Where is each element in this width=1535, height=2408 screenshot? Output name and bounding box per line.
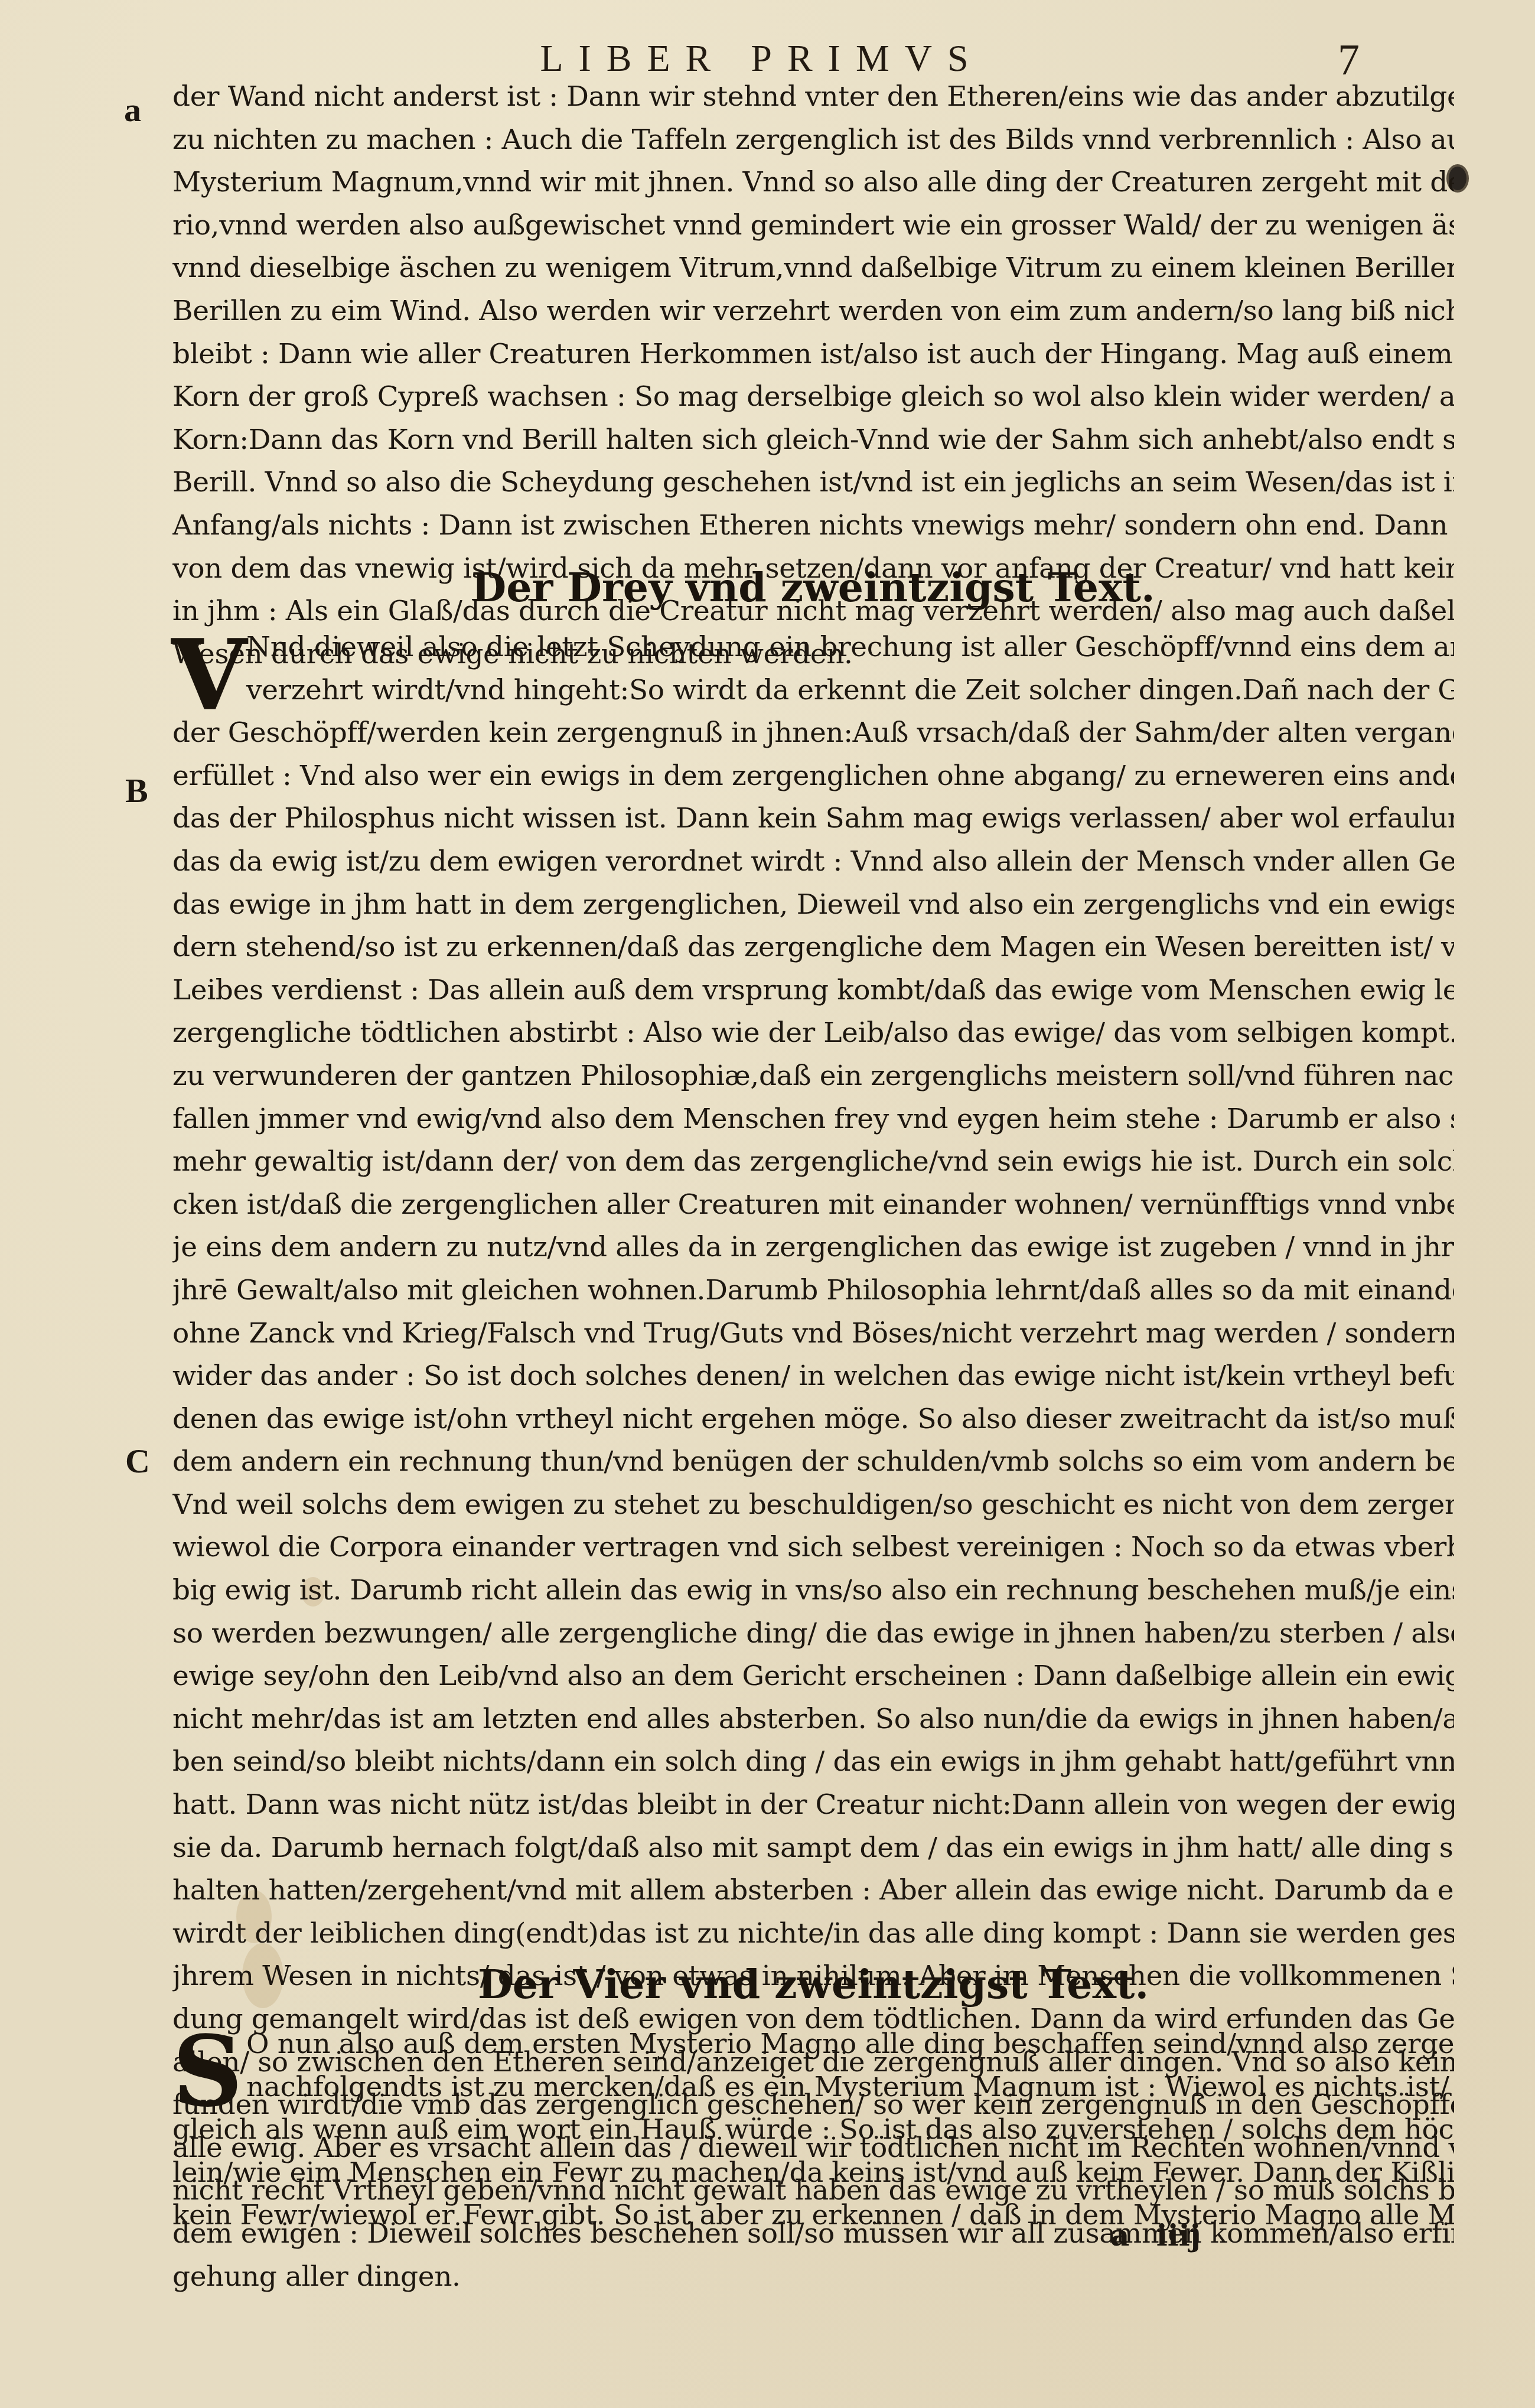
- text-line: halten hatten/zergehent/vnd mit allem ab…: [172, 1869, 1454, 1912]
- text-line: das da ewig ist/zu dem ewigen verordnet …: [172, 840, 1454, 884]
- text-line: Nnd dieweil also die letzt Scheydung ein…: [172, 626, 1454, 669]
- text-line: Mysterium Magnum,vnnd wir mit jhnen. Vnn…: [172, 161, 1454, 204]
- text-line: nicht mehr/das ist am letzten end alles …: [172, 1698, 1454, 1741]
- text-line: Berillen zu eim Wind. Also werden wir ve…: [172, 290, 1454, 333]
- text-line: vnnd dieselbige äschen zu wenigem Vitrum…: [172, 247, 1454, 290]
- text-line: je eins dem andern zu nutz/vnd alles da …: [172, 1226, 1454, 1269]
- text-line: wirdt der leiblichen ding(endt)das ist z…: [172, 1912, 1454, 1956]
- margin-letter-b: B: [125, 771, 148, 810]
- text-line: Berill. Vnnd so also die Scheydung gesch…: [172, 461, 1454, 504]
- margin-letter-a: a: [124, 90, 141, 129]
- text-line: ewige sey/ohn den Leib/vnd also an dem G…: [172, 1655, 1454, 1698]
- text-line: dem andern ein rechnung thun/vnd benügen…: [172, 1441, 1454, 1484]
- text-line: lein/wie eim Menschen ein Fewr zu machen…: [172, 2152, 1454, 2195]
- signature-mark: a iiij: [1110, 2218, 1201, 2253]
- text-line: O nun also auß dem ersten Mysterio Magno…: [172, 2023, 1454, 2066]
- margin-letter-c: C: [125, 1441, 150, 1481]
- text-line: dern stehend/so ist zu erkennen/daß das …: [172, 926, 1454, 969]
- text-line: big ewig ist. Darumb richt allein das ew…: [172, 1569, 1454, 1612]
- text-line: kein Fewr/wiewol er Fewr gibt. So ist ab…: [172, 2194, 1454, 2237]
- text-line: Korn:Dann das Korn vnd Berill halten sic…: [172, 419, 1454, 462]
- text-line: ohne Zanck vnd Krieg/Falsch vnd Trug/Gut…: [172, 1312, 1454, 1355]
- text-line: Korn der groß Cypreß wachsen : So mag de…: [172, 376, 1454, 419]
- text-line: erfüllet : Vnd also wer ein ewigs in dem…: [172, 755, 1454, 798]
- text-line: das der Philosphus nicht wissen ist. Dan…: [172, 797, 1454, 840]
- text-line: denen das ewige ist/ohn vrtheyl nicht er…: [172, 1398, 1454, 1441]
- text-line: cken ist/daß die zergenglichen aller Cre…: [172, 1184, 1454, 1227]
- section-heading-23: Der Drey vnd zweintzigst Text.: [172, 564, 1454, 611]
- text-line: nachfolgendts ist zu mercken/daß es ein …: [172, 2066, 1454, 2109]
- running-head: LIBER PRIMVS: [508, 37, 1016, 80]
- text-line: verzehrt wirdt/vnd hingeht:So wirdt da e…: [172, 669, 1454, 712]
- text-line: wiewol die Corpora einander vertragen vn…: [172, 1526, 1454, 1569]
- text-line: gleich als wenn auß eim wort ein Hauß wü…: [172, 2109, 1454, 2152]
- text-line: zergengliche tödtlichen abstirbt : Also …: [172, 1012, 1454, 1055]
- text-line: bleibt : Dann wie aller Creaturen Herkom…: [172, 333, 1454, 376]
- text-line: gehung aller dingen.: [172, 2256, 1454, 2299]
- text-line: fallen jmmer vnd ewig/vnd also dem Mensc…: [172, 1098, 1454, 1141]
- text-line: Anfang/als nichts : Dann ist zwischen Et…: [172, 504, 1454, 548]
- text-line: sie da. Darumb hernach folgt/daß also mi…: [172, 1827, 1454, 1870]
- text-line: der Geschöpff/werden kein zergengnuß in …: [172, 712, 1454, 755]
- text-line: ben seind/so bleibt nichts/dann ein solc…: [172, 1741, 1454, 1784]
- text-line: so werden bezwungen/ alle zergengliche d…: [172, 1612, 1454, 1656]
- text-line: Vnd weil solchs dem ewigen zu stehet zu …: [172, 1484, 1454, 1527]
- text-line: der Wand nicht anderst ist : Dann wir st…: [172, 76, 1454, 119]
- text-line: zu nichten zu machen : Auch die Taffeln …: [172, 119, 1454, 162]
- text-line: zu verwunderen der gantzen Philosophiæ,d…: [172, 1055, 1454, 1098]
- text-line: rio,vnnd werden also außgewischet vnnd g…: [172, 204, 1454, 247]
- text-line: das ewige in jhm hatt in dem zergenglich…: [172, 884, 1454, 927]
- text-line: hatt. Dann was nicht nütz ist/das bleibt…: [172, 1784, 1454, 1827]
- text-line: wider das ander : So ist doch solches de…: [172, 1355, 1454, 1398]
- text-block-section-24: O nun also auß dem ersten Mysterio Magno…: [172, 2023, 1454, 2237]
- section-heading-24: Der Vier vnd zweintzigst Text.: [172, 1961, 1454, 2008]
- book-page: LIBER PRIMVS 7 a B C der Wand nicht ande…: [0, 0, 1535, 2408]
- text-line: Leibes verdienst : Das allein auß dem vr…: [172, 969, 1454, 1012]
- text-line: mehr gewaltig ist/dann der/ von dem das …: [172, 1141, 1454, 1184]
- text-line: jhrē Gewalt/also mit gleichen wohnen.Dar…: [172, 1269, 1454, 1312]
